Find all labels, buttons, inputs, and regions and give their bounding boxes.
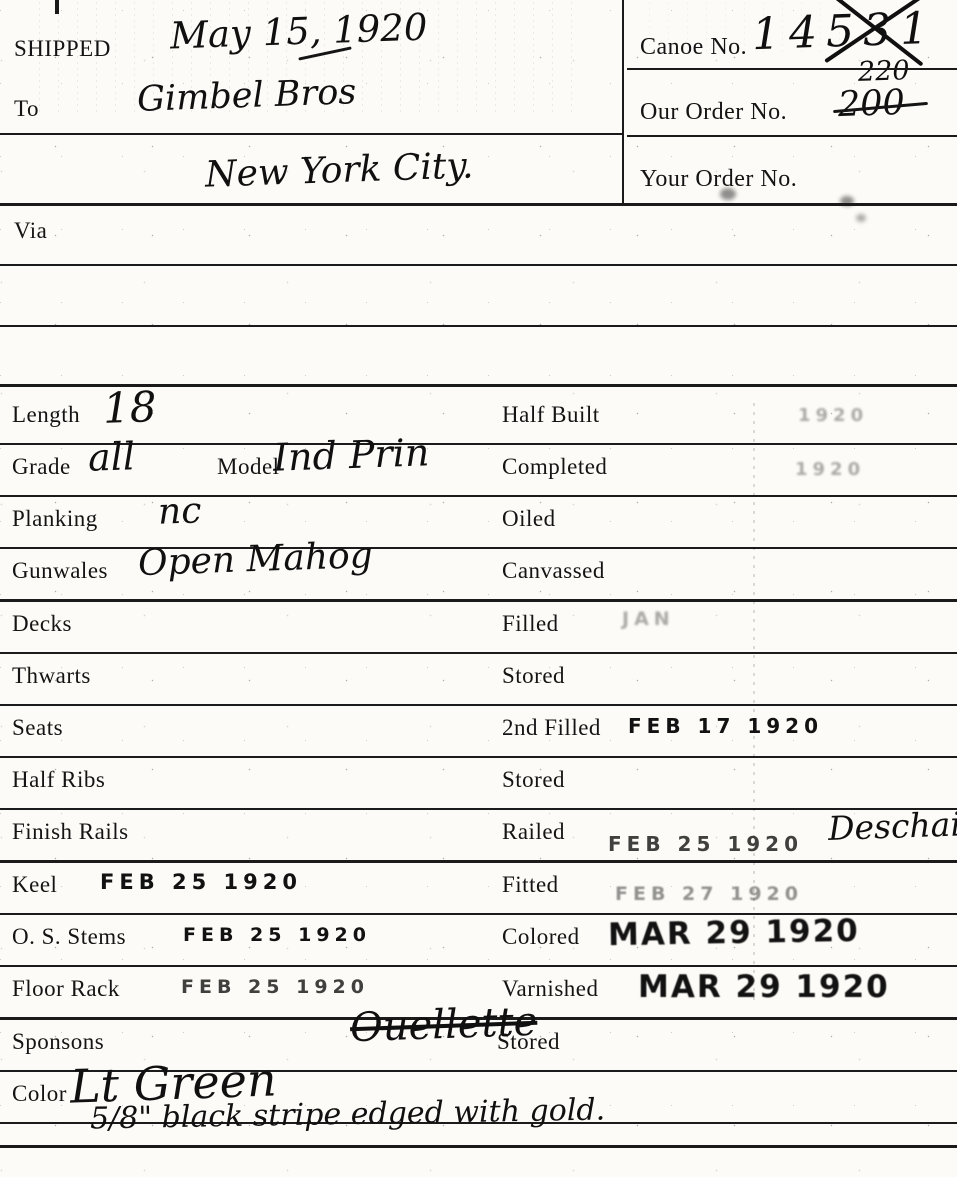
table-row: Planking nc Oiled <box>0 497 957 549</box>
field-label: Floor Rack <box>12 976 120 1002</box>
smudge <box>720 188 736 200</box>
field-label: Planking <box>12 506 98 532</box>
field-label: Half Built <box>502 402 600 428</box>
rule-line <box>0 264 957 266</box>
field-label: Varnished <box>502 976 598 1002</box>
table-row: Decks Filled JAN <box>0 602 957 654</box>
field-value: FEB 25 1920 <box>181 976 369 998</box>
field-label: 2nd Filled <box>502 715 601 741</box>
scan-artifact <box>753 400 755 1000</box>
field-value: Open Mahog <box>137 535 373 584</box>
field-label: Seats <box>12 715 63 741</box>
table-row: Seats 2nd Filled FEB 17 1920 <box>0 706 957 758</box>
rule-line <box>627 68 957 70</box>
field-value: all <box>87 434 135 480</box>
field-value: MAR 29 1920 <box>608 913 860 953</box>
field-label: Gunwales <box>12 558 108 584</box>
canoe-no-handwriting: 14531 <box>751 3 938 60</box>
field-value: FEB 27 1920 <box>615 883 803 905</box>
scan-artifact <box>55 0 59 14</box>
city-handwriting: New York City. <box>204 145 474 195</box>
field-label: Stored <box>502 767 565 793</box>
field-label: Colored <box>502 924 580 950</box>
field-label: Completed <box>502 454 607 480</box>
shipped-label: SHIPPED <box>14 36 111 62</box>
table-row: Keel FEB 25 1920 Fitted FEB 27 1920 <box>0 863 957 915</box>
rule-line <box>0 133 622 135</box>
field-label: Filled <box>502 611 559 637</box>
field-value: JAN <box>622 608 675 630</box>
field-label: Fitted <box>502 872 559 898</box>
table-row: Finish Rails Railed FEB 25 1920 Deschain… <box>0 810 957 863</box>
field-label: Decks <box>12 611 72 637</box>
footer-note-handwriting: 5/8" black stripe edged with gold. <box>90 1093 606 1137</box>
consignee-handwriting: Gimbel Bros <box>136 72 357 120</box>
field-value: nc <box>157 490 202 532</box>
table-row: Gunwales Open Mahog Canvassed <box>0 549 957 602</box>
rule-line <box>627 135 957 137</box>
field-label: Railed <box>502 819 565 845</box>
field-label: Stored <box>502 663 565 689</box>
table-row: Grade all Model Ind Prin Completed 1920 <box>0 445 957 497</box>
field-label: Grade <box>12 454 71 480</box>
rule-line <box>0 325 957 327</box>
field-value: MAR 29 1920 <box>638 969 890 1005</box>
to-label: To <box>14 96 39 122</box>
field-value: FEB 25 1920 <box>100 870 302 894</box>
handwritten-value: Ind Prin <box>272 430 430 479</box>
table-row: Half Ribs Stored <box>0 758 957 810</box>
field-label: Keel <box>12 872 57 898</box>
shipped-date-handwriting: May 15, 1920 <box>169 6 428 58</box>
field-value: FEB 25 1920 <box>608 832 803 856</box>
table-row: O. S. Stems FEB 25 1920 Colored MAR 29 1… <box>0 915 957 967</box>
record-card: SHIPPED To Canoe No. Our Order No. Your … <box>0 0 957 1177</box>
field-label: Canvassed <box>502 558 605 584</box>
field-value: 1920 <box>795 459 865 480</box>
field-value: 18 <box>102 382 157 433</box>
field-value: FEB 25 1920 <box>183 924 371 946</box>
field-label: Sponsons <box>12 1029 104 1055</box>
field-label: Thwarts <box>12 663 91 689</box>
your-order-no-label: Your Order No. <box>640 166 797 193</box>
field-label: Model <box>217 454 280 480</box>
smudge <box>856 214 866 222</box>
our-order-no-label: Our Order No. <box>640 99 787 126</box>
rule-line <box>0 203 957 206</box>
handwritten-overlay: Ouellette <box>349 999 538 1052</box>
field-label: Length <box>12 402 80 428</box>
table-row: Length 18 Half Built 1920 <box>0 393 957 445</box>
field-value: FEB 17 1920 <box>628 714 823 738</box>
field-label: Half Ribs <box>12 767 105 793</box>
via-label: Via <box>14 218 47 244</box>
footer-note-row: 5/8" black stripe edged with gold. <box>0 1093 957 1148</box>
field-label: O. S. Stems <box>12 924 126 950</box>
field-label: Finish Rails <box>12 819 129 845</box>
rule-line <box>622 0 624 205</box>
table-row: Thwarts Stored <box>0 654 957 706</box>
record-table: Length 18 Half Built 1920 Grade all Mode… <box>0 393 957 1124</box>
field-value: 1920 <box>798 405 868 426</box>
field-label: Oiled <box>502 506 556 532</box>
our-order-corrected-handwriting: 220 <box>857 55 910 88</box>
signature-handwriting: Deschaine <box>827 803 957 848</box>
canoe-no-label: Canoe No. <box>640 34 747 61</box>
header-section: SHIPPED To Canoe No. Our Order No. Your … <box>0 0 957 393</box>
